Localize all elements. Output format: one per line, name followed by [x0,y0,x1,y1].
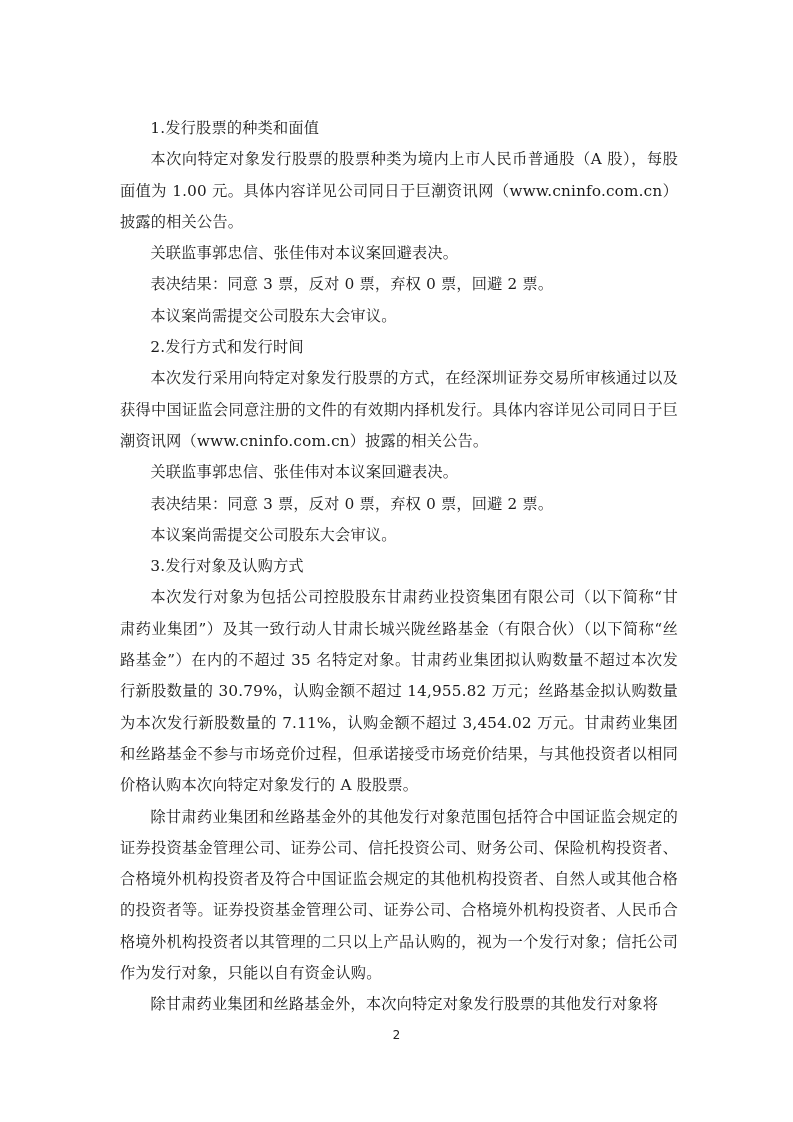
paragraph: 本议案尚需提交公司股东大会审议。 [120,520,678,551]
section-heading-1: 1.发行股票的种类和面值 [120,113,678,144]
vote-result: 表决结果：同意 3 票，反对 0 票，弃权 0 票，回避 2 票。 [120,269,678,300]
paragraph: 本次向特定对象发行股票的股票种类为境内上市人民币普通股（A 股），每股面值为 1… [120,144,678,238]
section-heading-2: 2.发行方式和发行时间 [120,332,678,363]
paragraph: 关联监事郭忠信、张佳伟对本议案回避表决。 [120,238,678,269]
paragraph: 除甘肃药业集团和丝路基金外，本次向特定对象发行股票的其他发行对象将 [120,989,678,1020]
paragraph: 本次发行对象为包括公司控股股东甘肃药业投资集团有限公司（以下简称“甘肃药业集团”… [120,582,678,801]
paragraph: 关联监事郭忠信、张佳伟对本议案回避表决。 [120,457,678,488]
document-page: 1.发行股票的种类和面值 本次向特定对象发行股票的股票种类为境内上市人民币普通股… [120,113,678,1021]
paragraph: 除甘肃药业集团和丝路基金外的其他发行对象范围包括符合中国证监会规定的证券投资基金… [120,802,678,990]
vote-result: 表决结果：同意 3 票，反对 0 票，弃权 0 票，回避 2 票。 [120,489,678,520]
page-number: 2 [0,1028,793,1042]
paragraph: 本次发行采用向特定对象发行股票的方式，在经深圳证券交易所审核通过以及获得中国证监… [120,363,678,457]
paragraph: 本议案尚需提交公司股东大会审议。 [120,301,678,332]
section-heading-3: 3.发行对象及认购方式 [120,551,678,582]
